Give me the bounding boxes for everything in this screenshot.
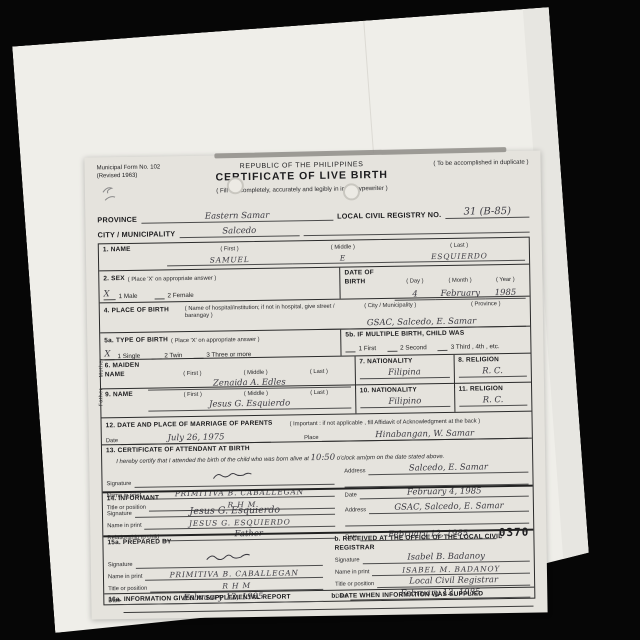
mother-name-label: 6. MAIDEN NAME [105,362,161,379]
bottom-rule [124,606,534,613]
name-label: 1. NAME [103,246,167,255]
row-attendant: 13. CERTIFICATE OF ATTENDANT AT BIRTH I … [102,438,533,492]
name-in-print-label: Name in print [335,569,370,576]
father-name-cell: 9. NAME ( First ) ( Middle ) ( Last ) Je… [101,386,355,418]
received-title-value: Local Civil Registrar [377,575,530,587]
middle-hint: ( Middle ) [224,369,287,377]
received-cell: b. RECEIVED AT THE OFFICE OF THE LOCAL C… [328,531,534,590]
title-block: REPUBLIC OF THE PHILIPPINES CERTIFICATE … [193,160,412,206]
name-first-value: SAMUEL [167,254,292,266]
mother-nationality-value: Filipina [359,367,449,378]
father-name-label: 9. NAME [105,391,161,400]
prepared-signature [135,546,322,568]
pob-province-hint: ( Province ) [446,301,526,309]
received-signature-value: Isabel B. Badanoy [362,551,529,564]
type-hint: ( Place 'X' on appropriate answer ) [171,336,260,344]
date-supplied-label: b. DATE WHEN INFORMATION WAS SUPPLIED [327,588,534,601]
blank-underline [346,344,356,352]
sex-label: 2. SEX [103,275,125,283]
name-in-print-label: Name in print [108,573,143,580]
multiple-cell: 5b. IF MULTIPLE BIRTH, CHILD WAS 1 First… [340,327,530,356]
informant-signature-value: Jesus G. Esquierdo [135,504,335,518]
last-hint: ( Last ) [288,389,351,397]
form-table: 1. NAME ( First ) ( Middle ) ( Last ) SA… [98,237,536,606]
blank-underline [345,513,529,526]
pob-label: 4. PLACE OF BIRTH [104,306,182,315]
province-label: PROVINCE [97,215,137,225]
form-title: CERTIFICATE OF LIVE BIRTH [193,168,411,183]
blank-underline [154,291,164,299]
sex-hint: ( Place 'X' on appropriate answer ) [128,275,217,283]
birth-certificate-form: Municipal Form No. 102 (Revised 1963) RE… [84,150,547,619]
row-informant: 14. INFORMANT Signature Jesus G. Esquier… [103,485,534,536]
father-name-value: Jesus G. Esquierdo [148,398,351,411]
name-in-print-label: Name in print [107,523,142,530]
marriage-label: 12. DATE AND PLACE OF MARRIAGE OF PARENT… [106,420,273,431]
religion-label: 8. RELIGION [458,356,527,365]
supplemental-label: 16a. INFORMATION GIVEN IN SUPPLEMENTAL R… [104,591,327,605]
name-last-value: ESQUIERDO [394,250,525,262]
duplicate-note: ( To be accomplished in duplicate ) [410,159,529,203]
city-value: Salcedo [179,227,299,239]
address-label: Address [344,468,365,475]
certify-text-post: o'clock am/pm on the date stated above. [337,454,445,462]
last-hint: ( Last ) [394,241,525,250]
sex-male-option: 1 Male [119,292,138,299]
sex-mark: X [103,290,115,300]
attendant-time-value: 10:50 [311,452,336,462]
blank-underline [438,342,448,350]
form-number-block: Municipal Form No. 102 (Revised 1963) [97,164,194,208]
multiple-third-option: 3 Third , 4th , etc. [451,343,500,351]
dob-day-hint: ( Day ) [395,278,435,286]
father-nationality-value: Filipino [360,396,450,407]
received-name-value: ISABEL M. BADANOY [372,563,530,575]
certify-text-pre: I hereby certify that I attended the bir… [116,456,309,465]
prepared-name-value: PRIMITIVA B. CABALLEGAN [145,567,323,580]
blank-underline [387,343,397,351]
religion-label: 11. RELIGION [459,385,528,394]
attendant-signature [134,466,334,488]
middle-hint: ( Middle ) [292,243,394,252]
signature-label: Signature [335,557,360,564]
province-value: Eastern Samar [141,211,333,224]
attendant-address-value: Salcedo, E. Samar [368,463,528,476]
dob-year-hint: ( Year ) [485,276,525,284]
father-nationality-cell: 10. NATIONALITY Filipino [355,384,454,414]
first-hint: ( First ) [161,370,224,378]
pob-hint: ( Name of hospital/institution; if not i… [185,304,335,320]
type-label: 5a. TYPE OF BIRTH [104,337,168,346]
marriage-note: ( Important : if not applicable , fill A… [290,418,481,428]
form-revision: (Revised 1963) [97,172,193,181]
first-hint: ( First ) [161,391,224,399]
fill-instruction: ( Fill out completely, accurately and le… [193,184,411,194]
pencil-scribble [101,183,131,203]
registry-value: 31 (B-85) [445,207,529,219]
multiple-label: 5b. IF MULTIPLE BIRTH, CHILD WAS [345,329,526,340]
mother-religion-value: R. C. [458,366,527,377]
row-prepared-received: 15a. PREPARED BY Signature Name in print… [103,529,534,594]
registry-label: LOCAL CIVIL REGISTRY NO. [337,210,441,221]
last-hint: ( Last ) [287,368,350,376]
signature-scribble [206,553,252,562]
multiple-second-option: 2 Second [400,344,427,351]
pob-city-hint: ( City / Municipality ) [338,302,443,311]
type-cell: 5a. TYPE OF BIRTH ( Place 'X' on appropr… [100,330,341,360]
father-religion-value: R. C. [459,395,528,406]
informant-address-value: GSAC, Salcedo, E. Samar [369,501,529,514]
sex-female-option: 2 Female [167,291,193,298]
type-mark: X [104,350,114,360]
name-middle-value: E [292,252,394,264]
nationality-label: 7. NATIONALITY [359,357,449,367]
signature-label: Signature [106,481,131,488]
title-position-label: Title or position [108,585,147,593]
address-label: Address [345,507,366,514]
signature-scribble [212,472,256,481]
multiple-first-option: 1 First [359,345,377,352]
province-row: PROVINCE Eastern Samar LOCAL CIVIL REGIS… [97,207,529,225]
father-side-label: Father [98,388,104,406]
scan-background: Municipal Form No. 102 (Revised 1963) RE… [0,0,640,640]
father-religion-cell: 11. RELIGION R. C. [454,383,532,412]
mother-side-label: Mother [98,358,104,378]
received-label: b. RECEIVED AT THE OFFICE OF THE LOCAL C… [334,533,529,552]
informant-name-value: JESUS G. ESQUIERDO [145,517,336,530]
middle-hint: ( Middle ) [224,390,287,398]
prepared-by-cell: 15a. PREPARED BY Signature Name in print… [103,534,329,594]
dob-month-hint: ( Month ) [435,277,485,285]
paper-crease [363,21,375,171]
signature-label: Signature [108,561,133,568]
title-position-label: Title or position [335,581,374,589]
form-header: Municipal Form No. 102 (Revised 1963) RE… [97,159,530,208]
nationality-label: 10. NATIONALITY [360,386,450,396]
dob-label: DATE OF BIRTH [344,269,394,286]
dob-cell: DATE OF BIRTH ( Day ) ( Month ) ( Year )… [339,265,529,299]
sex-cell: 2. SEX ( Place 'X' on appropriate answer… [99,268,340,303]
first-hint: ( First ) [167,245,292,254]
blank-underline [303,223,529,237]
city-label: CITY / MUNICIPALITY [98,229,176,239]
signature-label: Signature [107,511,132,518]
